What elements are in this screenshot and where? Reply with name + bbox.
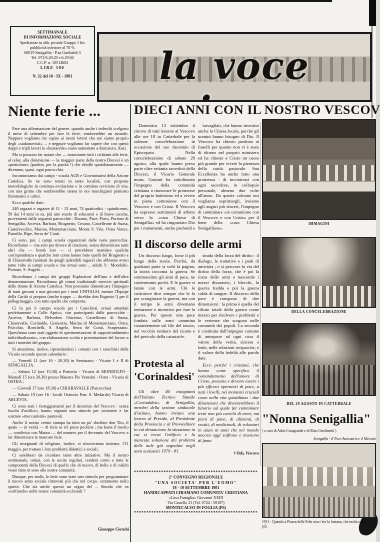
paragraph: 240 ragazzi e ragazze di 11 - 13 anni, 7…: [8, 206, 129, 236]
left-article-headline: Niente ferie ...: [8, 104, 129, 121]
paragraph: Domenica 13 settembre il ritrovo di tutt…: [134, 123, 195, 231]
caption-wrap: DELLA CONCELEBRAZIONE: [262, 310, 376, 321]
paragraph: Ci sarebbero da ricordare tante altre in…: [8, 453, 129, 473]
caption-wrap: IMMAGINI: [262, 222, 376, 233]
left-article-body: Fare una affermazione del genere, quando…: [8, 126, 129, 526]
column-divider: [130, 104, 131, 542]
protesta-body: Gli oltre 40 insegnanti dell'Istituto Te…: [134, 389, 195, 467]
asterisk-border: ****************************************…: [134, 511, 258, 516]
scan-edge-strip: [376, 0, 380, 542]
newspaper-front-page: SETTIMANALE DI INFORMAZIONE SOCIALE Sped…: [0, 0, 380, 542]
armi-col2: strada della forza del diritto : il dial…: [198, 253, 259, 449]
bishop-signature: † Odo, Vescovo: [198, 451, 259, 456]
paragraph: Gli insegnanti di religione, inoltre, si…: [8, 441, 129, 451]
paragraph: Un discorso lungo, forse il più lungo de…: [134, 253, 195, 339]
paragraph: Ci fu poi il campo scuola per i Catechis…: [8, 305, 129, 345]
top-scan-rule: [0, 0, 332, 2]
paragraph: Anche il nostro centro stampa ha fatto u…: [8, 420, 129, 440]
author-signature: Giuseppe Cionchi: [8, 527, 129, 532]
bishop-signature-wrap: † Odo, Vescovo: [198, 451, 259, 462]
paragraph: travagliati, che hanno investito anche l…: [198, 123, 259, 231]
nonna-senigallia-title: "Nonna Senigallia": [262, 411, 376, 427]
paragraph: Si attendono, inoltre, riprendendosi i c…: [8, 347, 129, 357]
schedule-item: — Sabato 19 (ore 16 - locali Oratorio Pa…: [8, 392, 129, 402]
paragraph: strada della forza del diritto : il dial…: [198, 253, 259, 361]
main-headline: DIECI ANNI CON IL NOSTRO VESCOVO: [134, 102, 376, 118]
photo-caption: DELLA CONCELEBRAZIONE: [262, 310, 376, 315]
schedule-item: — Sabato 12 (ore 15,30) a Ponterio - Vic…: [8, 369, 129, 384]
schedule-item: — Venerdì 11 (ore 16 - 20,30) in Seminar…: [8, 358, 129, 368]
paragraph: Ci sono, poi, i campi scuola organizzati…: [8, 238, 129, 273]
paragraph: Gli oltre 40 insegnanti dell'Istituto Te…: [134, 389, 195, 454]
announcement-box: ****************************************…: [134, 470, 258, 538]
celebration-dais-photo: [262, 119, 376, 220]
paragraph: Ma si possono far notare che — nonostant…: [8, 152, 129, 172]
newspaper-title: la voce misena: [99, 44, 370, 102]
armi-headline: Il discorso delle armi: [134, 237, 258, 252]
photo-caption: DEL 29 AGOSTO IN CATTEDRALE: [262, 402, 376, 407]
italic-paragraph: Ecco perché i cristiani, che hanno come …: [198, 362, 259, 443]
concelebration-nave-photo: [262, 237, 376, 308]
issue-number: N. 32 del 10 - IX - 1981: [11, 74, 94, 79]
photo-credit: Senigallia - Il Foro Annonario e il Merc…: [262, 437, 376, 442]
masthead-info-box: SETTIMANALE DI INFORMAZIONE SOCIALE Sped…: [10, 26, 95, 96]
paragraph: Ci sono stati i festeggiamenti per il de…: [8, 404, 129, 419]
paragraph: Incominciamo dai campi - scuola ACR e Gi…: [8, 174, 129, 199]
protesta-headline: Protesta al 'Corinaldesi': [134, 358, 198, 383]
armi-col1: Un discorso lungo, forse il più lungo de…: [134, 253, 195, 356]
paragraph: Ricordiamo i campi dei gruppi Esplorator…: [8, 274, 129, 304]
caption-wrap: 1911 - Quando a Piazza delle Erbe non c'…: [262, 520, 376, 542]
masthead-panorama-photo: la voce misena: [97, 32, 372, 102]
column-divider: [260, 122, 261, 466]
schedule-item: — Giovedì 17 (ore 18,30) a CHIARAVALLE (…: [8, 386, 129, 391]
paragraph: Ecco qualche dato :: [8, 200, 129, 205]
main-article-col2: travagliati, che hanno investito anche l…: [198, 123, 259, 236]
cathedral-congregation-photo: [262, 323, 376, 396]
price-line: LIRE 300: [11, 65, 94, 70]
main-article-col1: Domenica 13 settembre il ritrovo di tutt…: [134, 123, 195, 236]
historic-photo-caption: 1911 - Quando a Piazza delle Erbe non c'…: [262, 520, 376, 529]
left-article-signature-wrap: Giuseppe Cionchi: [8, 527, 129, 538]
nonna-senigallia-subtitle: ( a cura di Adrio Casagrande e di Rino G…: [262, 429, 376, 434]
foro-annonario-photo: [262, 443, 376, 518]
paragraph: Dunque, per molti, le ferie sono state u…: [8, 474, 129, 494]
photo-caption: IMMAGINI: [262, 222, 376, 227]
paragraph: Fare una affermazione del genere, quando…: [8, 126, 129, 151]
